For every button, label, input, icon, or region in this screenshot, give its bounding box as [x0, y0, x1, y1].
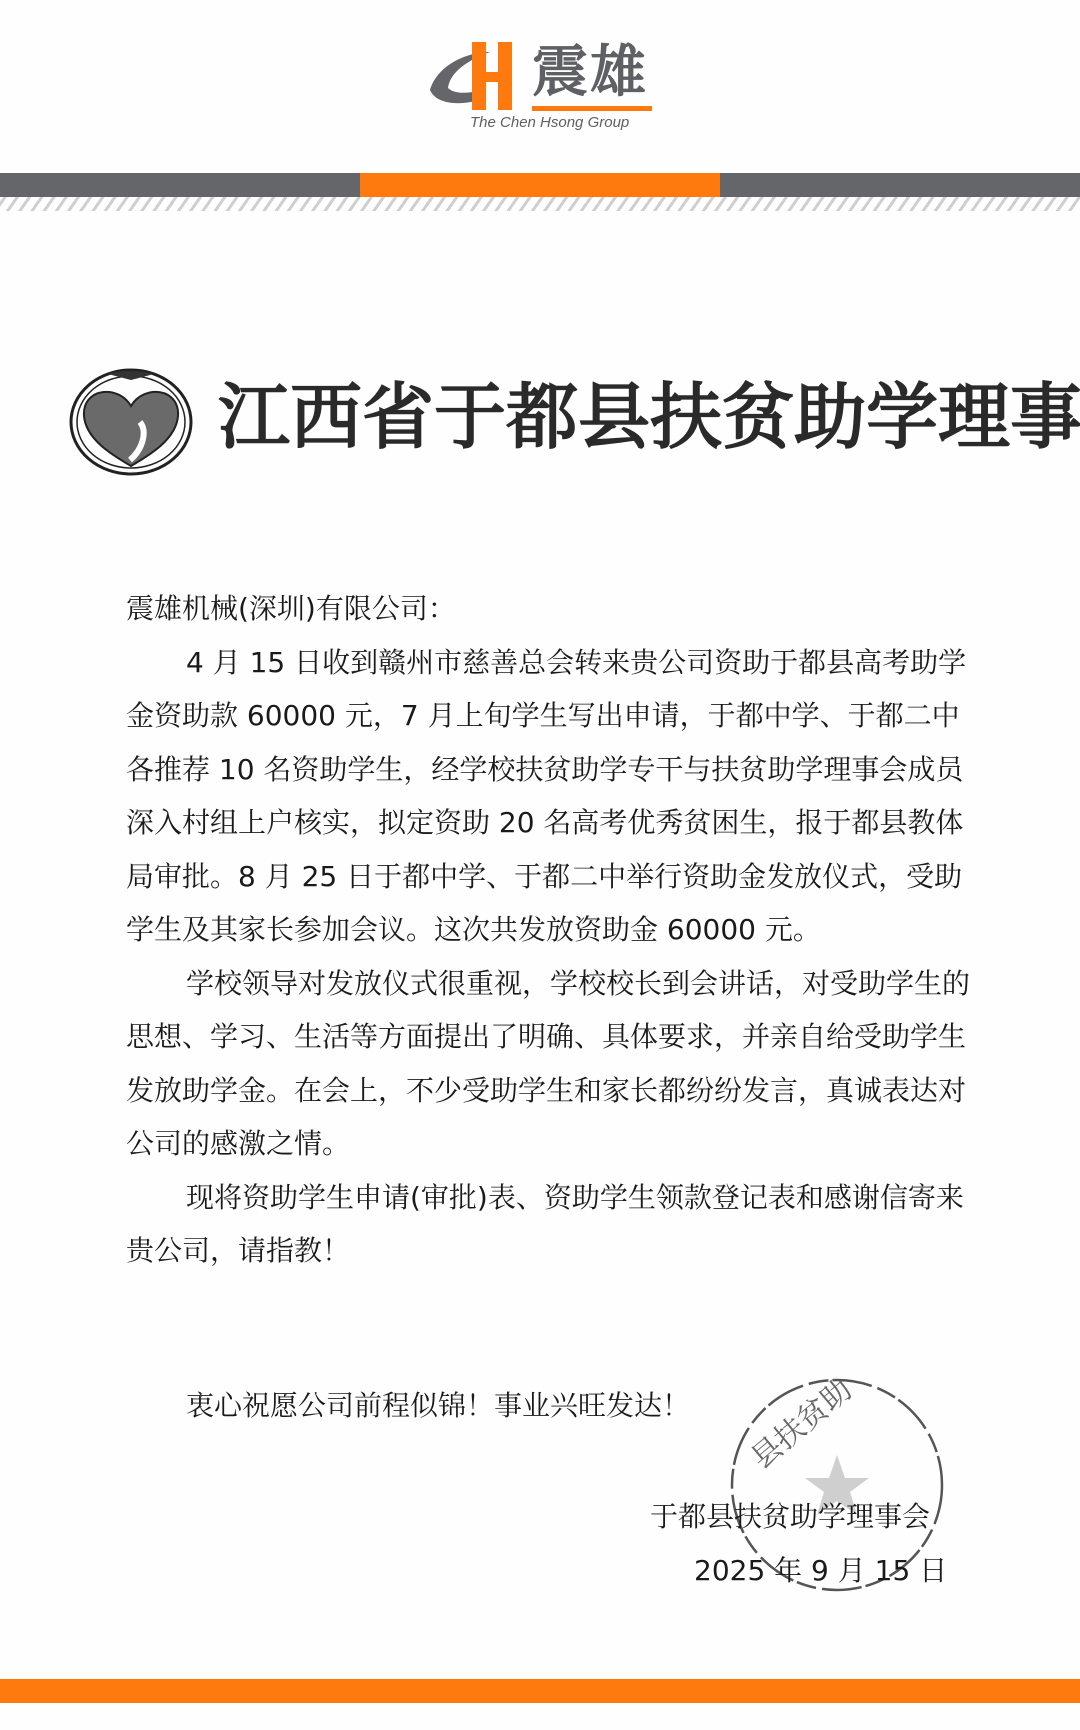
letter-date: 2025 年 9 月 15 日 — [694, 1549, 947, 1589]
chen-hsong-logo-icon — [428, 42, 528, 112]
closing-wish: 衷心祝愿公司前程似锦！事业兴旺发达！ — [186, 1384, 690, 1424]
company-logo: 震雄 The Chen Hsong Group — [428, 42, 658, 132]
letter-paragraph-3: 现将资助学生申请(审批)表、资助学生领款登记表和感谢信寄来贵公司，请指教！ — [126, 1171, 976, 1278]
organization-letterhead: 江西省于都县扶贫助学理事会 — [68, 362, 1008, 472]
letter-body: 震雄机械(深圳)有限公司： 4 月 15 日收到赣州市慈善总会转来贵公司资助于都… — [126, 582, 976, 1278]
footer-band-orange — [0, 1679, 1080, 1703]
logo-chinese-name: 震雄 — [532, 42, 648, 104]
heart-emblem-icon — [68, 366, 194, 478]
organization-title: 江西省于都县扶贫助学理事会 — [218, 372, 1080, 462]
header-band-orange — [360, 173, 720, 197]
header-stripes — [0, 197, 1080, 211]
svg-text:县扶贫助: 县扶贫助 — [745, 1372, 859, 1476]
letter-paragraph-1: 4 月 15 日收到赣州市慈善总会转来贵公司资助于都县高考助学金资助款 6000… — [126, 636, 976, 957]
letter-greeting: 震雄机械(深圳)有限公司： — [126, 582, 976, 636]
logo-english-name: The Chen Hsong Group — [470, 114, 629, 131]
logo-underline — [532, 106, 652, 111]
signature-organization: 于都县扶贫助学理事会 — [650, 1495, 930, 1535]
letter-paragraph-2: 学校领导对发放仪式很重视，学校校长到会讲话，对受助学生的思想、学习、生活等方面提… — [126, 957, 976, 1171]
